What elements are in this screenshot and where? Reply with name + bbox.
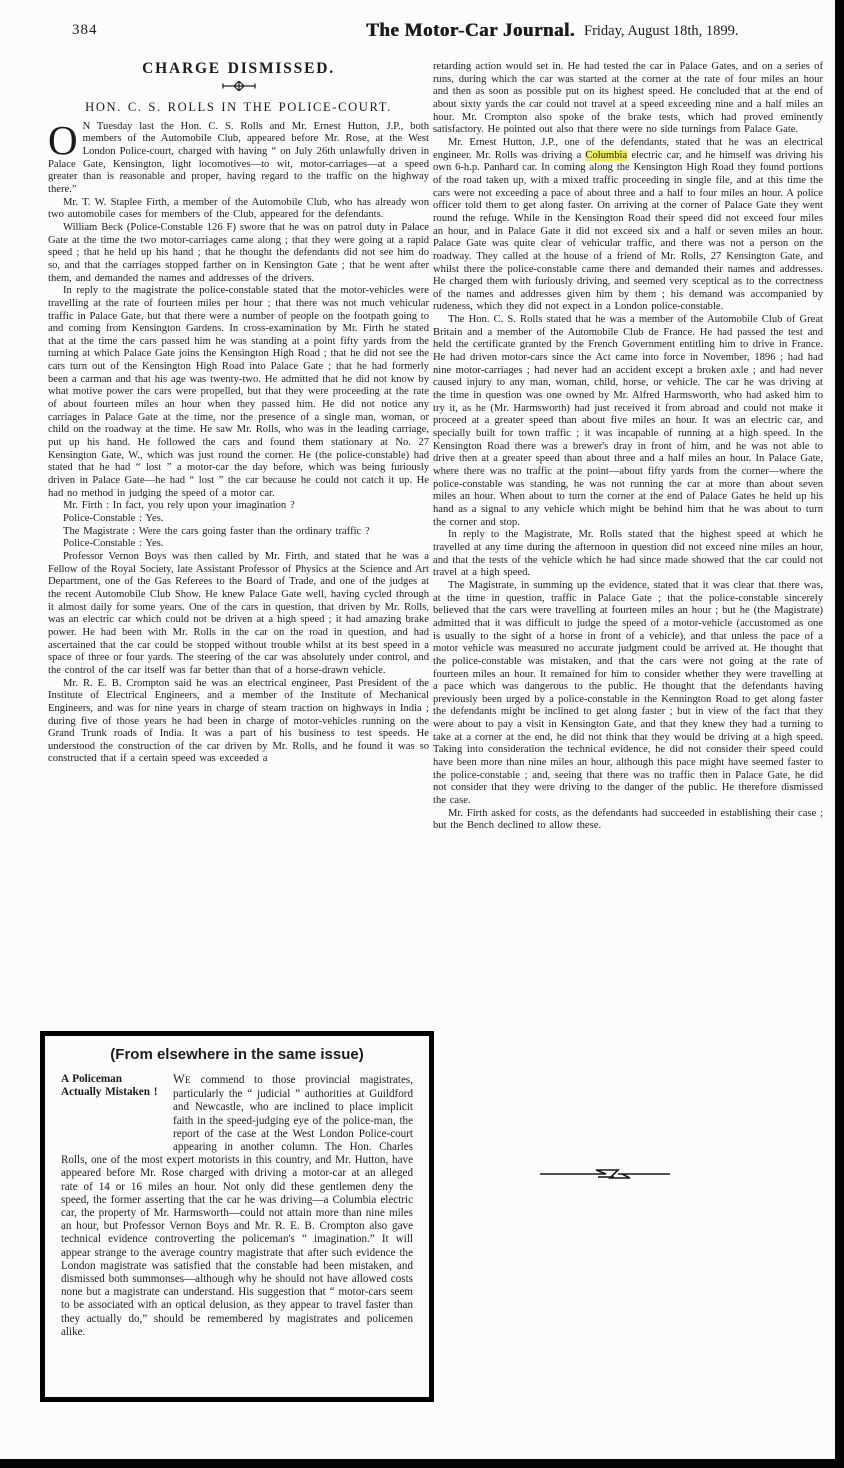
shoulder-note: A Policeman Actually Mistaken !: [61, 1073, 173, 1152]
divider-ornament-icon: [48, 81, 429, 96]
paragraph: William Beck (Police-Constable 126 F) sw…: [48, 222, 429, 285]
paragraph-text: electric car, and he himself was driving…: [433, 150, 823, 313]
article-headline: CHARGE DISMISSED.: [48, 60, 429, 78]
drop-cap: O: [48, 121, 83, 157]
inset-paragraph: A Policeman Actually Mistaken ! WE comme…: [61, 1073, 413, 1339]
issue-date: Friday, August 18th, 1899.: [584, 23, 739, 40]
paragraph: Professor Vernon Boys was then called by…: [48, 551, 429, 678]
paragraph: ON Tuesday last the Hon. C. S. Rolls and…: [48, 121, 429, 197]
scanned-journal-page: 384 The Motor-Car Journal. Friday, Augus…: [0, 0, 844, 1468]
left-column: CHARGE DISMISSED. HON. C. S. ROLLS IN TH…: [48, 60, 429, 766]
masthead-title: The Motor-Car Journal.: [366, 20, 575, 42]
inset-box-heading: (From elsewhere in the same issue): [61, 1046, 413, 1063]
shoulder-note-line: Actually Mistaken !: [61, 1086, 157, 1098]
inset-box: (From elsewhere in the same issue) A Pol…: [40, 1031, 434, 1402]
paragraph: The Magistrate, in summing up the eviden…: [433, 580, 823, 808]
paragraph: The Hon. C. S. Rolls stated that he was …: [433, 314, 823, 529]
search-highlight: Columbia: [585, 150, 627, 161]
article-subheadline: HON. C. S. ROLLS IN THE POLICE-COURT.: [48, 100, 429, 115]
paragraph-text: N Tuesday last the Hon. C. S. Rolls and …: [48, 121, 429, 195]
paragraph: In reply to the Magistrate, Mr. Rolls st…: [433, 529, 823, 580]
paragraph: Mr. R. E. B. Crompton said he was an ele…: [48, 678, 429, 767]
right-column: retarding action would set in. He had te…: [433, 61, 823, 833]
shoulder-note-line: A Policeman: [61, 1073, 122, 1085]
paragraph: In reply to the magistrate the police-co…: [48, 285, 429, 500]
paragraph: Mr. T. W. Staplee Firth, a member of the…: [48, 197, 429, 222]
paragraph: Mr. Ernest Hutton, J.P., one of the defe…: [433, 137, 823, 314]
end-flourish-icon: [540, 1166, 670, 1187]
scan-edge-right: [835, 0, 844, 1468]
scan-edge-bottom: [0, 1459, 844, 1468]
paragraph: Mr. Firth asked for costs, as the defend…: [433, 808, 823, 833]
paragraph: The Magistrate : Were the cars going fas…: [48, 526, 429, 539]
paragraph: Police-Constable : Yes.: [48, 513, 429, 526]
paragraph: retarding action would set in. He had te…: [433, 61, 823, 137]
paragraph: Mr. Firth : In fact, you rely upon your …: [48, 500, 429, 513]
lead-capital: W: [173, 1072, 185, 1086]
page-number: 384: [72, 22, 98, 39]
paragraph: Police-Constable : Yes.: [48, 538, 429, 551]
